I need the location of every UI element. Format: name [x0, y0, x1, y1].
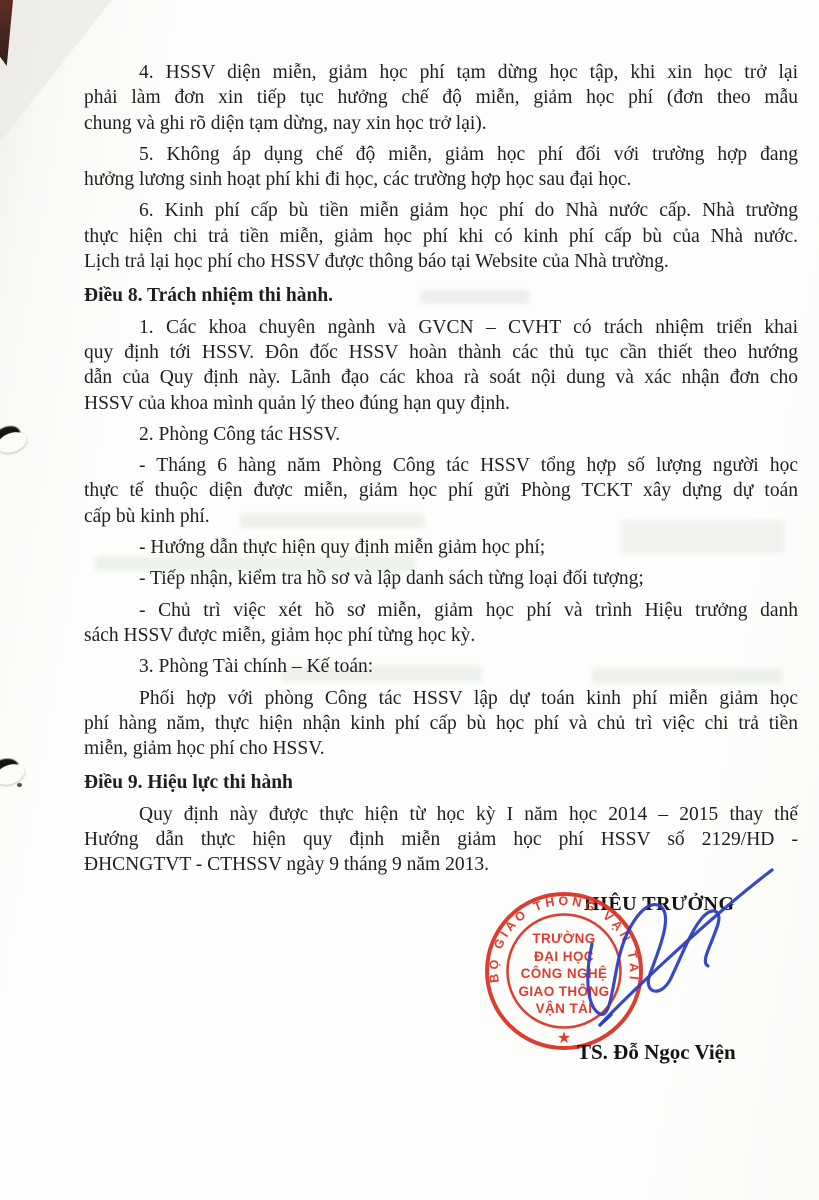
text-line: - Tiếp nhận, kiểm tra hồ sơ và lập danh …	[84, 566, 798, 591]
punch-hole	[0, 423, 29, 455]
paragraph: 4. HSSV diện miễn, giảm học phí tạm dừng…	[84, 60, 798, 136]
section-heading: Điều 9. Hiệu lực thi hành	[84, 770, 798, 795]
text-line: phí hàng năm, thực hiện nhận kinh phí cấ…	[84, 711, 798, 736]
text-line: - Tháng 6 hàng năm Phòng Công tác HSSV t…	[84, 453, 798, 478]
paragraph: - Tiếp nhận, kiểm tra hồ sơ và lập danh …	[84, 566, 798, 591]
paragraph: 2. Phòng Công tác HSSV.	[84, 422, 798, 447]
text-line: Điều 9. Hiệu lực thi hành	[84, 770, 798, 795]
text-line: Phối hợp với phòng Công tác HSSV lập dự …	[84, 686, 798, 711]
text-line: Quy định này được thực hiện từ học kỳ I …	[84, 802, 798, 827]
text-line: quy định tới HSSV. Đôn đốc HSSV hoàn thà…	[84, 340, 798, 365]
text-line: Điều 8. Trách nhiệm thi hành.	[84, 283, 798, 308]
text-line: HSSV của khoa mình quản lý theo đúng hạn…	[84, 391, 798, 416]
text-line: 3. Phòng Tài chính – Kế toán:	[84, 654, 798, 679]
text-line: 6. Kinh phí cấp bù tiền miễn giảm học ph…	[84, 198, 798, 223]
text-line: Lịch trả lại học phí cho HSSV được thông…	[84, 249, 798, 274]
text-line: chung và ghi rõ diện tạm dừng, nay xin h…	[84, 111, 798, 136]
ink-speck	[17, 783, 22, 787]
paragraph: 3. Phòng Tài chính – Kế toán:	[84, 654, 798, 679]
text-line: - Hướng dẫn thực hiện quy định miễn giảm…	[84, 535, 798, 560]
paragraph: Phối hợp với phòng Công tác HSSV lập dự …	[84, 686, 798, 762]
text-line: - Chủ trì việc xét hồ sơ miễn, giảm học …	[84, 598, 798, 623]
paragraph: - Tháng 6 hàng năm Phòng Công tác HSSV t…	[84, 453, 798, 529]
text-line: 4. HSSV diện miễn, giảm học phí tạm dừng…	[84, 60, 798, 85]
text-line: phải làm đơn xin tiếp tục hưởng chế độ m…	[84, 85, 798, 110]
paragraph: - Hướng dẫn thực hiện quy định miễn giảm…	[84, 535, 798, 560]
punch-hole	[0, 755, 27, 787]
paragraph: 5. Không áp dụng chế độ miễn, giảm học p…	[84, 142, 798, 193]
text-line: thực hiện chi trả tiền miễn, giảm học ph…	[84, 224, 798, 249]
text-line: miễn, giảm học phí cho HSSV.	[84, 736, 798, 761]
text-line: dẫn của Quy định này. Lãnh đạo các khoa …	[84, 365, 798, 390]
text-line: cấp bù kinh phí.	[84, 504, 798, 529]
text-line: 2. Phòng Công tác HSSV.	[84, 422, 798, 447]
text-line: hưởng lương sinh hoạt phí khi đi học, cá…	[84, 167, 798, 192]
paragraph: 1. Các khoa chuyên ngành và GVCN – CVHT …	[84, 315, 798, 416]
document-body: 4. HSSV diện miễn, giảm học phí tạm dừng…	[84, 60, 798, 884]
text-line: thực tế thuộc diện được miễn, giảm học p…	[84, 478, 798, 503]
text-line: 1. Các khoa chuyên ngành và GVCN – CVHT …	[84, 315, 798, 340]
handwritten-signature	[520, 855, 800, 1055]
text-line: Hướng dẫn thực hiện quy định miễn giảm h…	[84, 827, 798, 852]
text-line: sách HSSV được miễn, giảm học phí từng h…	[84, 623, 798, 648]
paragraph: - Chủ trì việc xét hồ sơ miễn, giảm học …	[84, 598, 798, 649]
section-heading: Điều 8. Trách nhiệm thi hành.	[84, 283, 798, 308]
text-line: 5. Không áp dụng chế độ miễn, giảm học p…	[84, 142, 798, 167]
scanned-document-page: 4. HSSV diện miễn, giảm học phí tạm dừng…	[0, 0, 819, 1200]
paragraph: 6. Kinh phí cấp bù tiền miễn giảm học ph…	[84, 198, 798, 274]
